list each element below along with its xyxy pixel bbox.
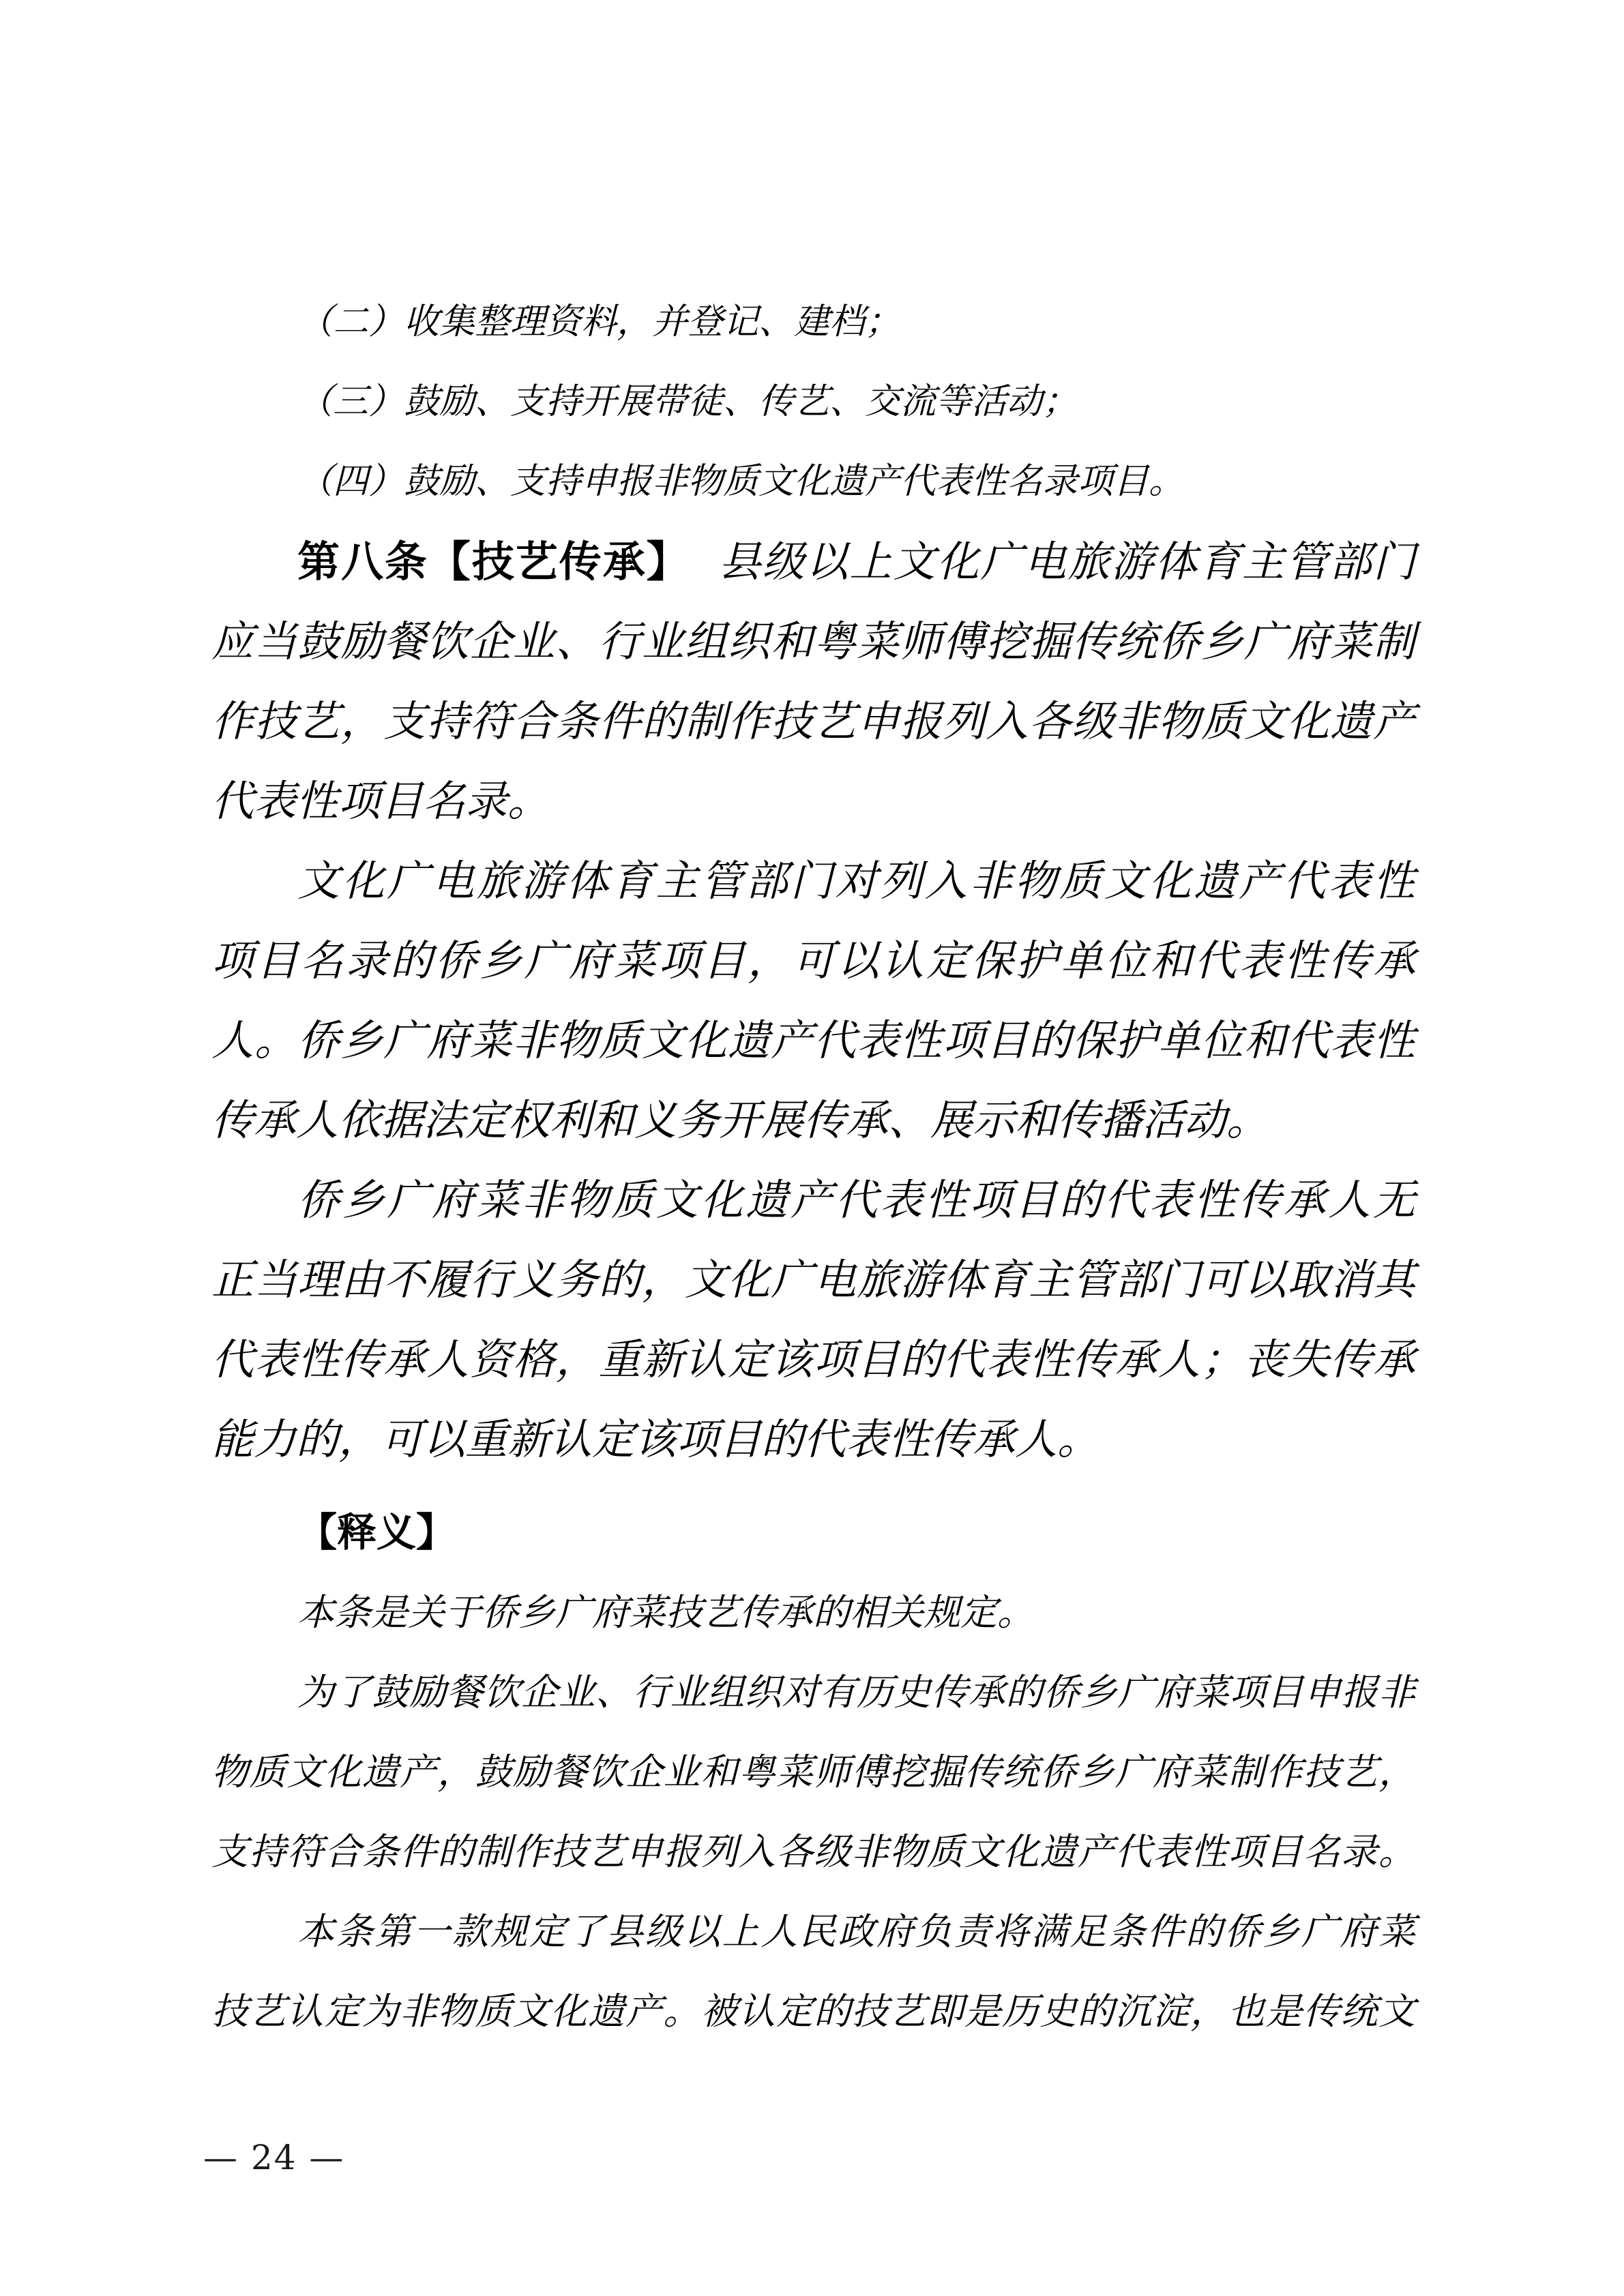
article-paragraph-line: 项目名录的侨乡广府菜项目，可以认定保护单位和代表性传承 xyxy=(211,921,1415,1000)
article-paragraph-line: 侨乡广府菜非物质文化遗产代表性项目的代表性传承人无 xyxy=(211,1160,1415,1240)
list-item-4: （四）鼓励、支持申报非物质文化遗产代表性名录项目。 xyxy=(211,442,1415,522)
article-body-text: 县级以上文化广电旅游体育主管部门 xyxy=(718,537,1415,586)
article-paragraph-line: 代表性传承人资格，重新认定该项目的代表性传承人；丧失传承 xyxy=(211,1320,1415,1399)
interpretation-line: 支持符合条件的制作技艺申报列入各级非物质文化遗产代表性项目名录。 xyxy=(211,1812,1415,1892)
article-paragraph-line: 正当理由不履行义务的，文化广电旅游体育主管部门可以取消其 xyxy=(211,1240,1415,1320)
article-paragraph-line: 传承人依据法定权利和义务开展传承、展示和传播活动。 xyxy=(211,1080,1415,1160)
article-paragraph-line: 能力的，可以重新认定该项目的代表性传承人。 xyxy=(211,1399,1415,1479)
article-8-line-1: 第八条【技艺传承】县级以上文化广电旅游体育主管部门 xyxy=(211,522,1415,601)
document-content: （二）收集整理资料，并登记、建档； （三）鼓励、支持开展带徒、传艺、交流等活动；… xyxy=(211,282,1415,2051)
article-number-title: 第八条【技艺传承】 xyxy=(297,537,690,586)
interpretation-line: 本条是关于侨乡广府菜技艺传承的相关规定。 xyxy=(211,1572,1415,1652)
interpretation-line: 物质文化遗产，鼓励餐饮企业和粤菜师傅挖掘传统侨乡广府菜制作技艺， xyxy=(211,1732,1415,1812)
interpretation-line: 为了鼓励餐饮企业、行业组织对有历史传承的侨乡广府菜项目申报非 xyxy=(211,1652,1415,1732)
interpretation-heading: 【释义】 xyxy=(211,1493,1415,1572)
article-body-line: 代表性项目名录。 xyxy=(211,761,1415,841)
article-paragraph-line: 文化广电旅游体育主管部门对列入非物质文化遗产代表性 xyxy=(211,841,1415,921)
article-body-line: 作技艺，支持符合条件的制作技艺申报列入各级非物质文化遗产 xyxy=(211,681,1415,761)
interpretation-line: 技艺认定为非物质文化遗产。被认定的技艺即是历史的沉淀，也是传统文 xyxy=(211,1971,1415,2051)
document-page: （二）收集整理资料，并登记、建档； （三）鼓励、支持开展带徒、传艺、交流等活动；… xyxy=(0,0,1624,2296)
article-paragraph-line: 人。侨乡广府菜非物质文化遗产代表性项目的保护单位和代表性 xyxy=(211,1000,1415,1080)
list-item-2: （二）收集整理资料，并登记、建档； xyxy=(211,282,1415,362)
interpretation-line: 本条第一款规定了县级以上人民政府负责将满足条件的侨乡广府菜 xyxy=(211,1892,1415,1971)
title-body-gap xyxy=(690,576,718,576)
list-item-3: （三）鼓励、支持开展带徒、传艺、交流等活动； xyxy=(211,362,1415,442)
article-body-line: 应当鼓励餐饮企业、行业组织和粤菜师傅挖掘传统侨乡广府菜制 xyxy=(211,601,1415,681)
page-number: — 24 — xyxy=(203,2137,344,2178)
